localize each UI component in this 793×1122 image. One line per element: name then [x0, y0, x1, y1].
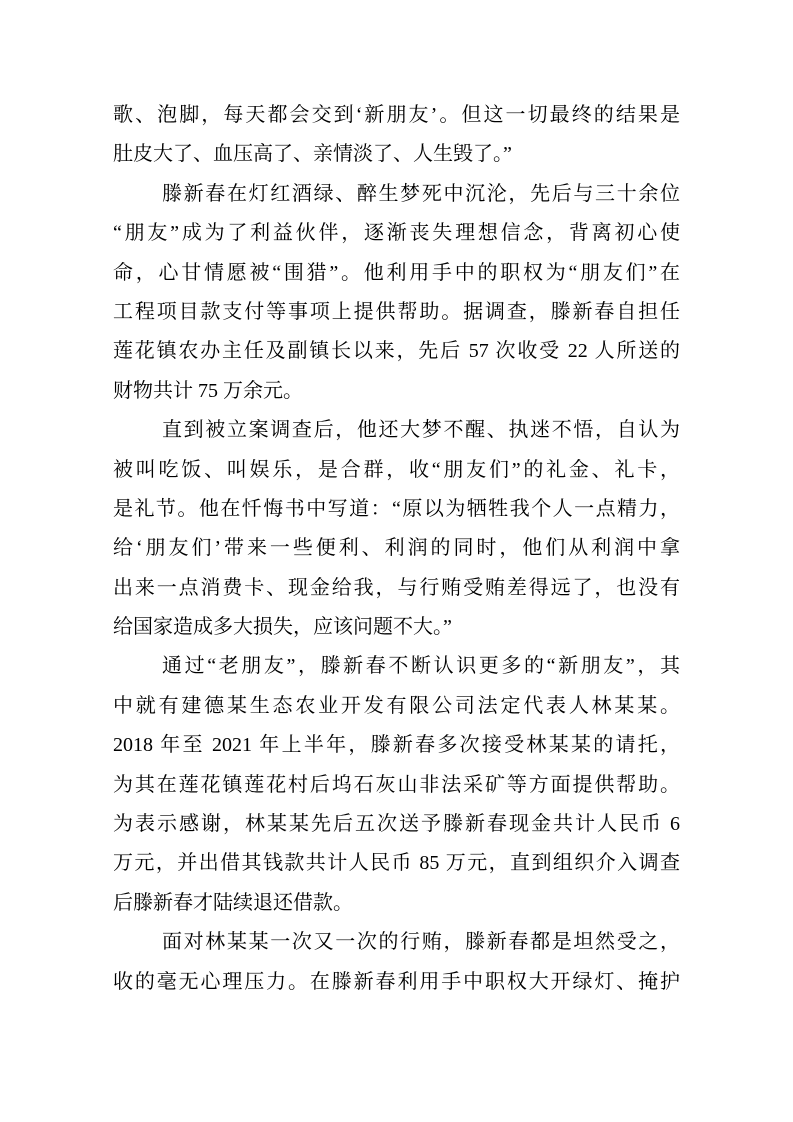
text-line: “朋友”成为了利益伙伴，逐渐丧失理想信念，背离初心使 — [113, 214, 680, 253]
text-line: 滕新春在灯红酒绿、醉生梦死中沉沦，先后与三十余位 — [113, 175, 680, 214]
text-line: 歌、泡脚，每天都会交到‘新朋友’。但这一切最终的结果是 — [113, 96, 680, 135]
paragraph: 面对林某某一次又一次的行贿，滕新春都是坦然受之， 收的毫无心理压力。在滕新春利用… — [113, 923, 680, 1002]
text-line: 中就有建德某生态农业开发有限公司法定代表人林某某。 — [113, 687, 680, 726]
text-line: 万元，并出借其钱款共计人民币 85 万元，直到组织介入调查 — [113, 844, 680, 883]
text-line: 给‘朋友们’带来一些便利、利润的同时，他们从利润中拿 — [113, 529, 680, 568]
text-line: 被叫吃饭、叫娱乐，是合群，收“朋友们”的礼金、礼卡， — [113, 451, 680, 490]
text-line: 肚皮大了、血压高了、亲情淡了、人生毁了。” — [113, 135, 680, 174]
text-line: 通过“老朋友”，滕新春不断认识更多的“新朋友”，其 — [113, 647, 680, 686]
text-line: 出来一点消费卡、现金给我，与行贿受贿差得远了，也没有 — [113, 569, 680, 608]
text-line: 收的毫无心理压力。在滕新春利用手中职权大开绿灯、掩护 — [113, 963, 680, 1002]
paragraph: 直到被立案调查后，他还大梦不醒、执迷不悟，自认为 被叫吃饭、叫娱乐，是合群，收“… — [113, 411, 680, 647]
paragraph-continuation: 歌、泡脚，每天都会交到‘新朋友’。但这一切最终的结果是 肚皮大了、血压高了、亲情… — [113, 96, 680, 175]
paragraph: 通过“老朋友”，滕新春不断认识更多的“新朋友”，其 中就有建德某生态农业开发有限… — [113, 647, 680, 923]
text-line: 莲花镇农办主任及副镇长以来，先后 57 次收受 22 人所送的 — [113, 332, 680, 371]
text-line: 后滕新春才陆续退还借款。 — [113, 884, 680, 923]
text-line: 是礼节。他在忏悔书中写道：“原以为牺牲我个人一点精力， — [113, 490, 680, 529]
text-line: 给国家造成多大损失，应该问题不大。” — [113, 608, 680, 647]
document-page: 歌、泡脚，每天都会交到‘新朋友’。但这一切最终的结果是 肚皮大了、血压高了、亲情… — [0, 0, 793, 1122]
text-line: 命，心甘情愿被“围猎”。他利用手中的职权为“朋友们”在 — [113, 254, 680, 293]
text-line: 为其在莲花镇莲花村后坞石灰山非法采矿等方面提供帮助。 — [113, 766, 680, 805]
text-line: 为表示感谢，林某某先后五次送予滕新春现金共计人民币 6 — [113, 805, 680, 844]
text-line: 面对林某某一次又一次的行贿，滕新春都是坦然受之， — [113, 923, 680, 962]
text-line: 2018 年至 2021 年上半年，滕新春多次接受林某某的请托， — [113, 726, 680, 765]
text-line: 直到被立案调查后，他还大梦不醒、执迷不悟，自认为 — [113, 411, 680, 450]
paragraph: 滕新春在灯红酒绿、醉生梦死中沉沦，先后与三十余位 “朋友”成为了利益伙伴，逐渐丧… — [113, 175, 680, 411]
text-line: 财物共计 75 万余元。 — [113, 372, 680, 411]
text-line: 工程项目款支付等事项上提供帮助。据调查，滕新春自担任 — [113, 293, 680, 332]
